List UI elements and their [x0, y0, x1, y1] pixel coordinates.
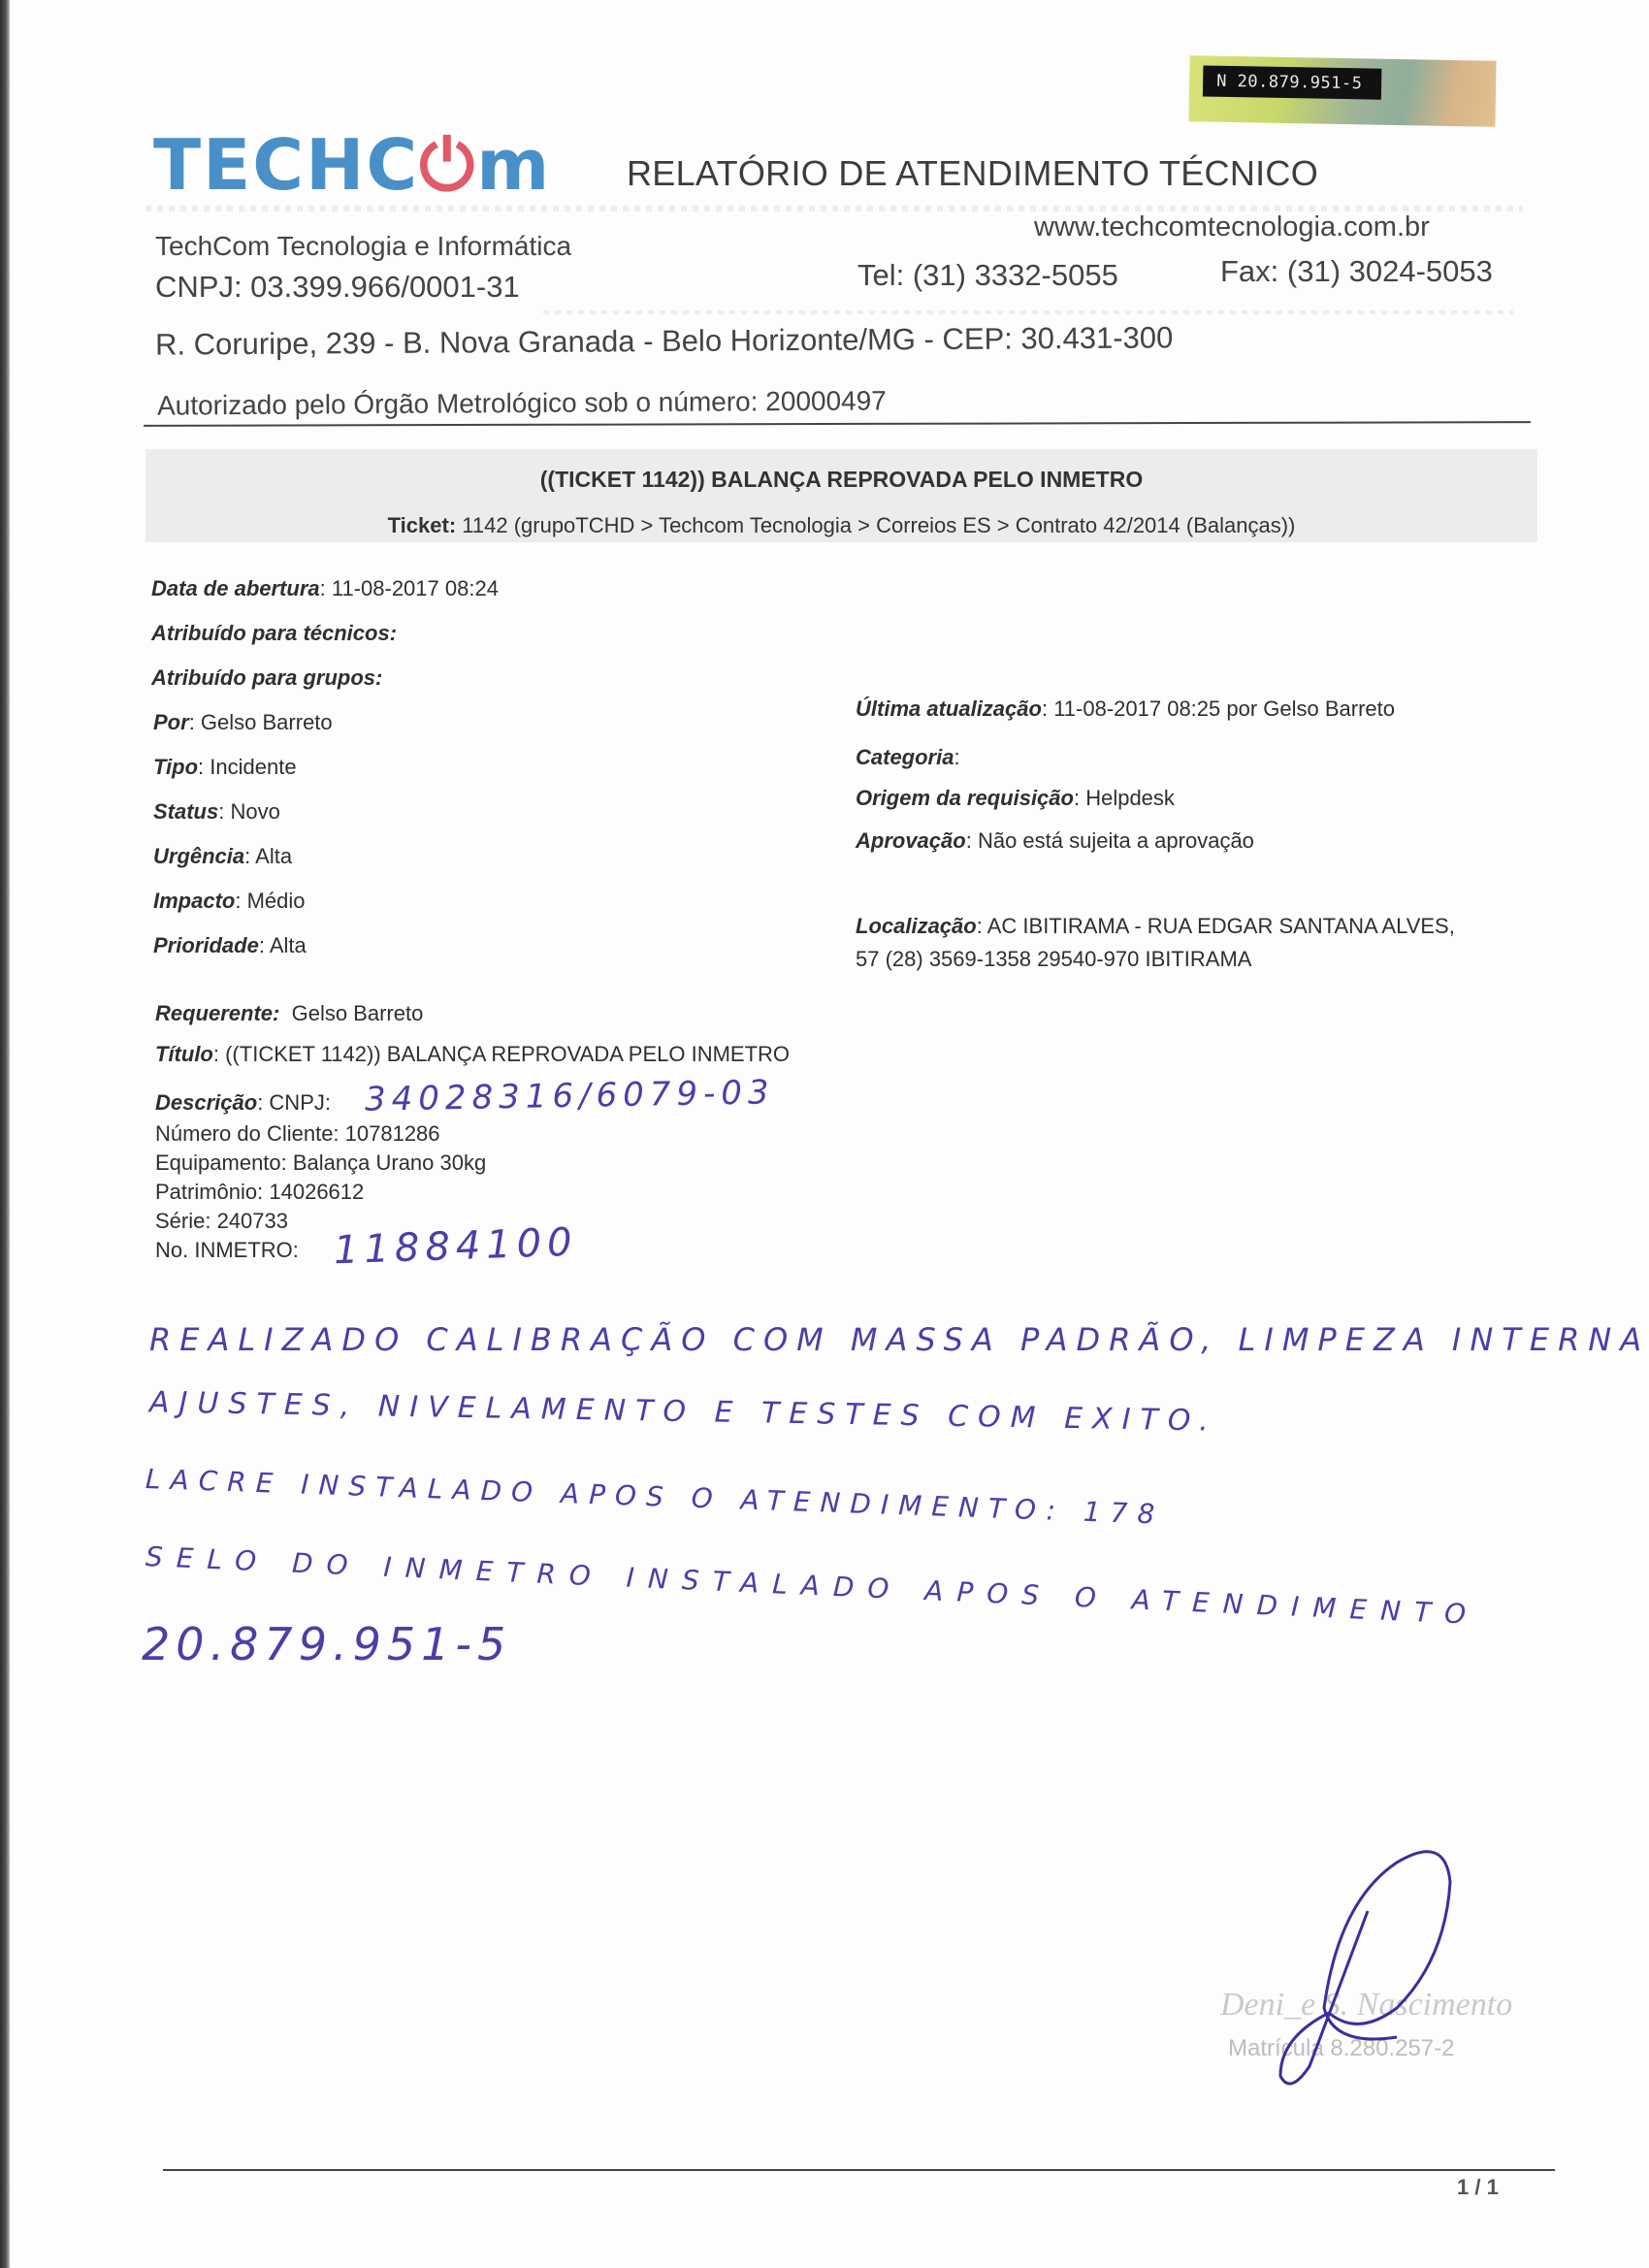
field-impact: Impacto: Médio — [153, 889, 306, 914]
field-description: Descrição: CNPJ: — [155, 1090, 331, 1116]
power-icon: ⏻ — [419, 124, 476, 206]
field-last-update: Última atualização: 11-08-2017 08:25 por… — [856, 697, 1395, 722]
page-number: 1 / 1 — [1457, 2175, 1499, 2200]
field-approval: Aprovação: Não está sujeita a aprovação — [856, 828, 1254, 854]
description-serial: Série: 240733 — [155, 1209, 288, 1234]
ticket-heading: ((TICKET 1142)) BALANÇA REPROVADA PELO I… — [145, 467, 1537, 493]
field-opening-date: Data de abertura: 11-08-2017 08:24 — [151, 576, 499, 601]
handwritten-seal-number: 20.879.951-5 — [142, 1618, 511, 1670]
handwritten-note-line: REALIZADO CALIBRAÇÃO COM MASSA PADRÃO, L… — [149, 1321, 1649, 1358]
company-name: TechCom Tecnologia e Informática — [155, 231, 571, 262]
seal-number: N 20.879.951-5 — [1203, 65, 1382, 99]
ticket-path-value: 1142 (grupoTCHD > Techcom Tecnologia > C… — [462, 513, 1295, 537]
field-by: Por: Gelso Barreto — [153, 710, 333, 735]
company-phone: Tel: (31) 3332-5055 — [857, 258, 1118, 293]
ticket-breadcrumb: Ticket: 1142 (grupoTCHD > Techcom Tecnol… — [145, 513, 1537, 538]
signature-mark — [1251, 1843, 1484, 2095]
handwritten-note-line: LACRE INSTALADO APOS O ATENDIMENTO: 178 — [145, 1463, 1164, 1531]
field-assigned-technicians: Atribuído para técnicos: — [151, 621, 397, 646]
company-website: www.techcomtecnologia.com.br — [1034, 211, 1430, 243]
logo-text: TECHC — [153, 124, 419, 206]
inmetro-seal-sticker: N 20.879.951-5 — [1188, 55, 1496, 127]
field-urgency: Urgência: Alta — [153, 844, 292, 869]
field-priority: Prioridade: Alta — [153, 933, 307, 958]
description-patrimony: Patrimônio: 14026612 — [155, 1180, 364, 1205]
handwritten-inmetro-number: 11884100 — [333, 1220, 578, 1274]
field-assigned-groups: Atribuído para grupos: — [151, 665, 382, 691]
scan-edge — [0, 0, 10, 2268]
description-inmetro-label: No. INMETRO: — [155, 1238, 299, 1263]
company-address: R. Coruripe, 239 - B. Nova Granada - Bel… — [155, 320, 1174, 362]
field-location: Localização: AC IBITIRAMA - RUA EDGAR SA… — [856, 914, 1455, 939]
field-type: Tipo: Incidente — [153, 755, 297, 780]
metrology-authorization: Autorizado pelo Órgão Metrológico sob o … — [157, 385, 887, 421]
report-title: RELATÓRIO DE ATENDIMENTO TÉCNICO — [627, 153, 1318, 194]
header-divider — [144, 421, 1531, 427]
handwritten-cnpj: 34028316/6079-03 — [365, 1073, 775, 1118]
techcom-logo: TECHC⏻m — [153, 130, 551, 200]
handwritten-note-line: AJUSTES, NIVELAMENTO E TESTES COM EXITO. — [149, 1385, 1218, 1438]
ticket-path-label: Ticket: — [388, 513, 457, 537]
field-category: Categoria: — [856, 745, 960, 770]
field-requester: Requerente: Gelso Barreto — [155, 1001, 423, 1026]
decorative-band — [543, 310, 1513, 314]
logo-text-suffix: m — [476, 124, 551, 206]
ticket-header-band: ((TICKET 1142)) BALANÇA REPROVADA PELO I… — [145, 449, 1537, 542]
description-client-number: Número do Cliente: 10781286 — [155, 1121, 440, 1147]
field-request-origin: Origem da requisição: Helpdesk — [856, 786, 1175, 811]
field-status: Status: Novo — [153, 799, 280, 825]
description-equipment: Equipamento: Balança Urano 30kg — [155, 1150, 486, 1176]
field-title: Título: ((TICKET 1142)) BALANÇA REPROVAD… — [155, 1042, 790, 1067]
field-location-line2: 57 (28) 3569-1358 29540-970 IBITIRAMA — [856, 947, 1251, 972]
company-fax: Fax: (31) 3024-5053 — [1220, 254, 1493, 289]
company-cnpj: CNPJ: 03.399.966/0001-31 — [155, 270, 520, 305]
footer-divider — [163, 2169, 1555, 2171]
